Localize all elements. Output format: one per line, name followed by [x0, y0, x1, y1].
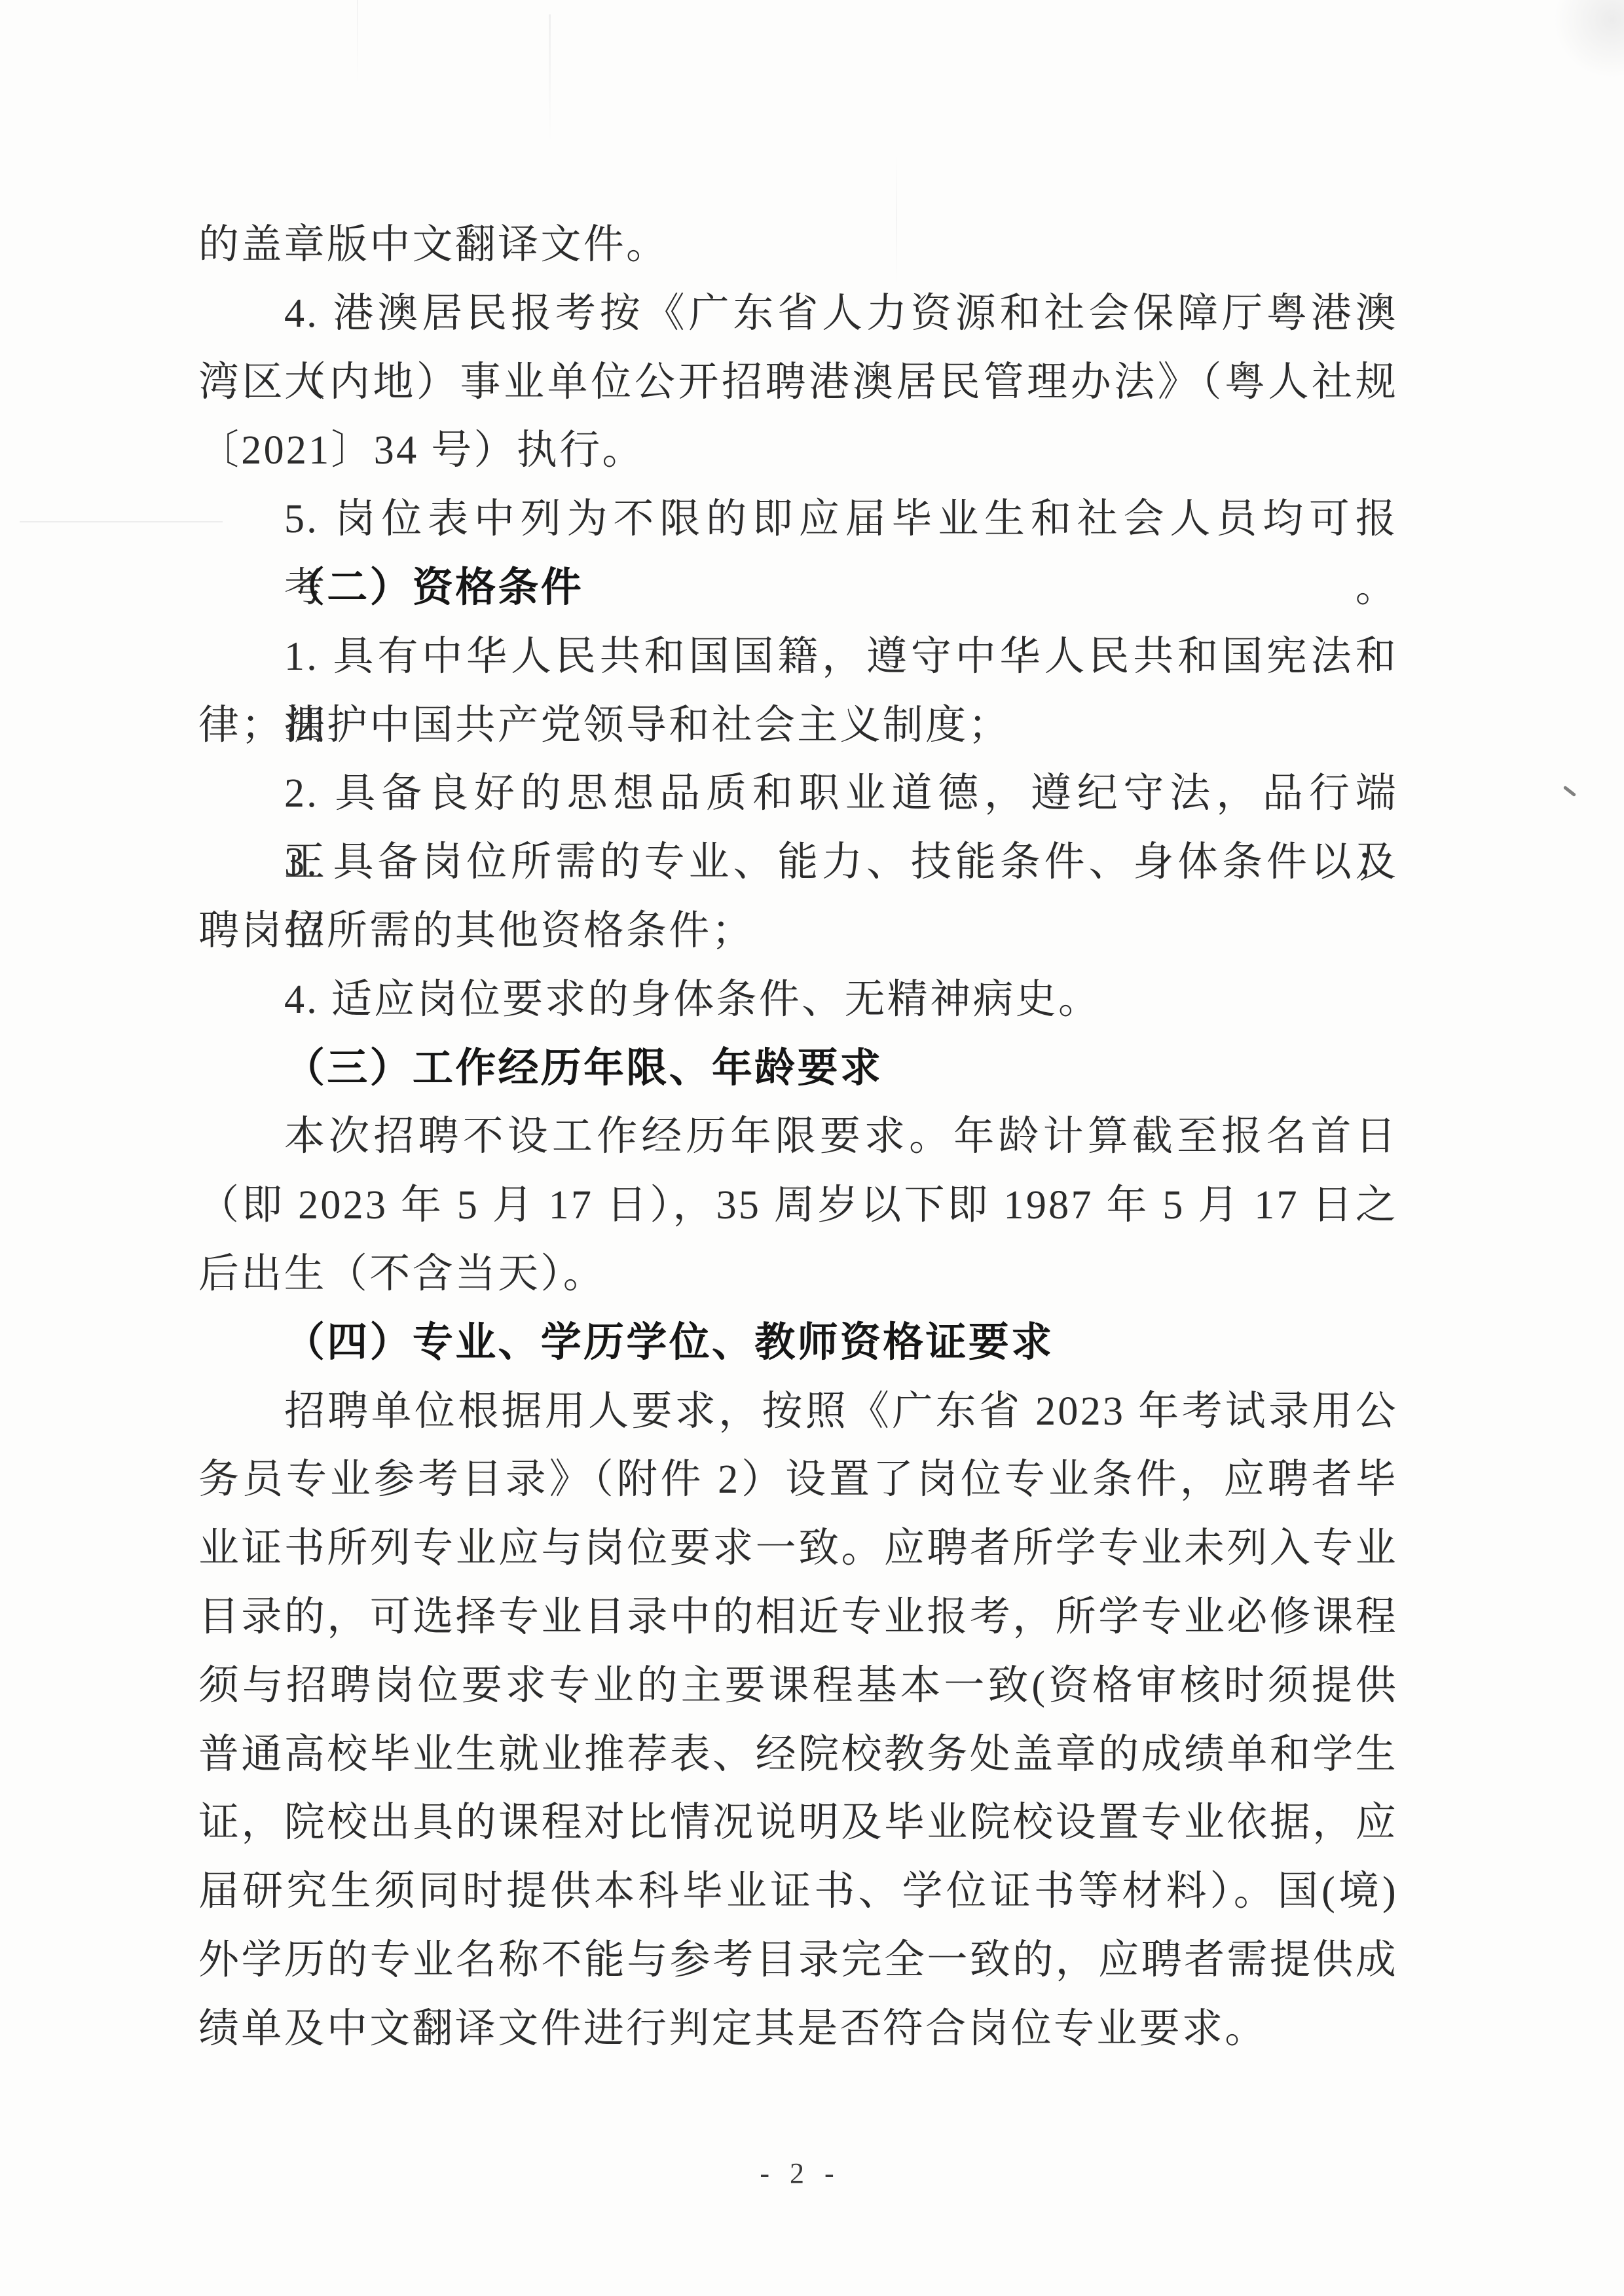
text-line: 届研究生须同时提供本科毕业证书、学位证书等材料）。国(境) — [198, 1857, 1398, 1926]
text-line: 目录的，可选择专业目录中的相近专业报考，所学专业必修课程 — [198, 1583, 1398, 1652]
text-line: 湾区（内地）事业单位公开招聘港澳居民管理办法》（粤人社规 — [198, 348, 1398, 417]
text-line: 1. 具有中华人民共和国国籍，遵守中华人民共和国宪法和法 — [198, 623, 1398, 691]
scan-streak-vertical — [549, 14, 551, 142]
text-line: 4. 港澳居民报考按《广东省人力资源和社会保障厅粤港澳大 — [198, 280, 1398, 348]
text-line: 业证书所列专业应与岗位要求一致。应聘者所学专业未列入专业 — [198, 1514, 1398, 1583]
text-line: 外学历的专业名称不能与参考目录完全一致的，应聘者需提供成 — [198, 1926, 1398, 1995]
text-line: （即 2023 年 5 月 17 日），35 周岁以下即 1987 年 5 月 … — [198, 1171, 1398, 1240]
heading-line: （三）工作经历年限、年龄要求 — [198, 1034, 1398, 1103]
text-line: 3. 具备岗位所需的专业、能力、技能条件、身体条件以及招 — [198, 828, 1398, 897]
text-line: 后出生（不含当天）。 — [198, 1240, 1398, 1309]
scan-smudge — [1545, 0, 1624, 79]
text-line: 绩单及中文翻译文件进行判定其是否符合岗位专业要求。 — [198, 1995, 1398, 2064]
text-line: 须与招聘岗位要求专业的主要课程基本一致(资格审核时须提供 — [198, 1652, 1398, 1721]
text-line: 4. 适应岗位要求的身体条件、无精神病史。 — [198, 966, 1398, 1034]
text-line: 5. 岗位表中列为不限的即应届毕业生和社会人员均可报考。 — [198, 485, 1398, 554]
heading-line: （四）专业、学历学位、教师资格证要求 — [198, 1309, 1398, 1377]
text-line: 的盖章版中文翻译文件。 — [198, 211, 1398, 280]
text-line: 招聘单位根据用人要求，按照《广东省 2023 年考试录用公 — [198, 1377, 1398, 1446]
text-line: 〔2021〕34 号）执行。 — [198, 416, 1398, 485]
text-line: 律；拥护中国共产党领导和社会主义制度； — [198, 691, 1398, 760]
page-number: - 2 - — [0, 2157, 1612, 2191]
text-line: 务员专业参考目录》（附件 2）设置了岗位专业条件，应聘者毕 — [198, 1446, 1398, 1514]
text-line: 普通高校毕业生就业推荐表、经院校教务处盖章的成绩单和学生 — [198, 1721, 1398, 1789]
text-line: 本次招聘不设工作经历年限要求。年龄计算截至报名首日 — [198, 1102, 1398, 1171]
document-body: 的盖章版中文翻译文件。4. 港澳居民报考按《广东省人力资源和社会保障厅粤港澳大湾… — [198, 211, 1398, 2064]
text-line: 证，院校出具的课程对比情况说明及毕业院校设置专业依据，应 — [198, 1789, 1398, 1857]
scan-stray-mark — [1563, 786, 1576, 797]
text-line: 聘岗位所需的其他资格条件； — [198, 897, 1398, 966]
scan-streak-horizontal — [20, 521, 223, 522]
document-page: 的盖章版中文翻译文件。4. 港澳居民报考按《广东省人力资源和社会保障厅粤港澳大湾… — [0, 0, 1624, 2296]
text-line: 2. 具备良好的思想品质和职业道德，遵纪守法，品行端正； — [198, 759, 1398, 828]
scan-streak-vertical — [357, 0, 358, 85]
